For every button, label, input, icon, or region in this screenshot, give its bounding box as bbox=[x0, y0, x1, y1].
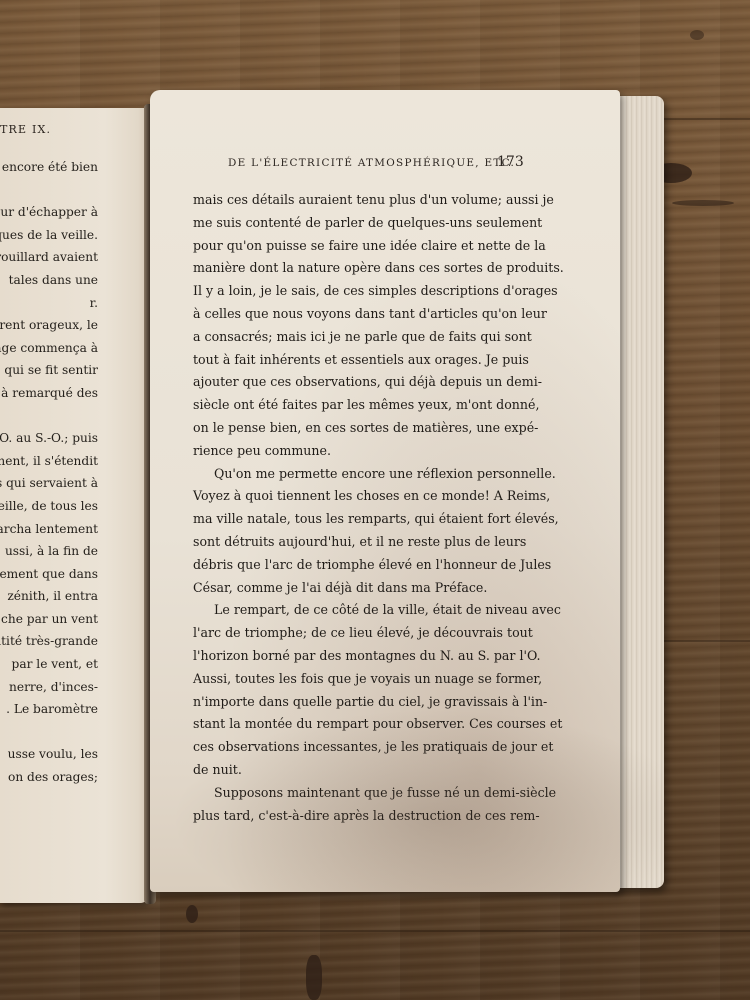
text-line: r. bbox=[0, 292, 98, 315]
text-line: a consacrés; mais ici je ne parle que de… bbox=[193, 326, 523, 349]
text-line: l'arc de triomphe; de ce lieu élevé, je … bbox=[193, 622, 523, 645]
text-line: ces observations incessantes, je les pra… bbox=[193, 736, 523, 759]
text-line: de nuit. bbox=[193, 759, 523, 782]
text-line: stant la montée du rempart pour observer… bbox=[193, 713, 523, 736]
text-line bbox=[0, 721, 98, 744]
text-line: ques de la veille. bbox=[0, 224, 98, 247]
text-line: plus tard, c'est-à-dire après la destruc… bbox=[193, 805, 523, 828]
text-line: Aussi, toutes les fois que je voyais un … bbox=[193, 668, 523, 691]
page-number: 173 bbox=[497, 154, 524, 170]
text-line: éjà remarqué des bbox=[0, 382, 98, 405]
text-line: rage commença à bbox=[0, 337, 98, 360]
text-line: Il y a loin, je le sais, de ces simples … bbox=[193, 280, 523, 303]
paragraph-start-line: Qu'on me permette encore une réflexion p… bbox=[193, 463, 523, 486]
text-line: me suis contenté de parler de quelques-u… bbox=[193, 212, 523, 235]
table-plank-seam bbox=[0, 930, 750, 932]
table-stain bbox=[186, 905, 198, 923]
text-line: tales dans une bbox=[0, 269, 98, 292]
text-line: ntité très-grande bbox=[0, 630, 98, 653]
text-line: qui se fit sentir bbox=[0, 359, 98, 382]
table-stain bbox=[690, 30, 704, 40]
text-line: n'importe dans quelle partie du ciel, je… bbox=[193, 691, 523, 714]
text-line: on le pense bien, en ces sortes de matiè… bbox=[193, 417, 523, 440]
text-line: arent orageux, le bbox=[0, 314, 98, 337]
text-line: eur d'échapper à bbox=[0, 201, 98, 224]
text-line: sement que dans bbox=[0, 563, 98, 586]
left-page: TRE IX. t encore été bien eur d'échapper… bbox=[0, 108, 150, 903]
text-line: O. au S.-O.; puis bbox=[0, 427, 98, 450]
text-line: à celles que nous voyons dans tant d'art… bbox=[193, 303, 523, 326]
text-line: zénith, il entra bbox=[0, 585, 98, 608]
text-line: t encore été bien bbox=[0, 156, 98, 179]
text-line: mais ces détails auraient tenu plus d'un… bbox=[193, 189, 523, 212]
left-page-running-head: TRE IX. bbox=[0, 123, 51, 136]
text-line: eille, de tous les bbox=[0, 495, 98, 518]
text-line: ma ville natale, tous les remparts, qui … bbox=[193, 508, 523, 531]
left-page-text: t encore été bien eur d'échapper à ques … bbox=[0, 156, 98, 789]
text-line: siècle ont été faites par les mêmes yeux… bbox=[193, 394, 523, 417]
table-stain bbox=[672, 200, 734, 206]
right-page-text: mais ces détails auraient tenu plus d'un… bbox=[193, 189, 523, 827]
text-line: sont détruits aujourd'hui, et il ne rest… bbox=[193, 531, 523, 554]
text-line: César, comme je l'ai déjà dit dans ma Pr… bbox=[193, 577, 523, 600]
text-line: tout à fait inhérents et essentiels aux … bbox=[193, 349, 523, 372]
text-line: usse voulu, les bbox=[0, 743, 98, 766]
text-line: l'horizon borné par des montagnes du N. … bbox=[193, 645, 523, 668]
text-line: Voyez à quoi tiennent les choses en ce m… bbox=[193, 485, 523, 508]
text-line bbox=[0, 179, 98, 202]
right-page: DE L'ÉLECTRICITÉ ATMOSPHÉRIQUE, ETC. 173… bbox=[150, 90, 620, 892]
text-line: . Le baromètre bbox=[0, 698, 98, 721]
text-line: rience peu commune. bbox=[193, 440, 523, 463]
text-line: ussi, à la fin de bbox=[0, 540, 98, 563]
table-stain bbox=[306, 955, 322, 1000]
text-line: manière dont la nature opère dans ces so… bbox=[193, 257, 523, 280]
paragraph-start-line: Supposons maintenant que je fusse né un … bbox=[193, 782, 523, 805]
text-line: ajouter que ces observations, qui déjà d… bbox=[193, 371, 523, 394]
text-line: narcha lentement bbox=[0, 518, 98, 541]
text-line: débris que l'arc de triomphe élevé en l'… bbox=[193, 554, 523, 577]
text-line: pour qu'on puisse se faire une idée clai… bbox=[193, 235, 523, 258]
running-head: DE L'ÉLECTRICITÉ ATMOSPHÉRIQUE, ETC. bbox=[228, 157, 518, 169]
text-line: nent, il s'étendit bbox=[0, 450, 98, 473]
text-line: rouillard avaient bbox=[0, 246, 98, 269]
text-line: s qui servaient à bbox=[0, 472, 98, 495]
text-line: par le vent, et bbox=[0, 653, 98, 676]
text-line: che par un vent bbox=[0, 608, 98, 631]
text-line bbox=[0, 405, 98, 428]
paragraph-start-line: Le rempart, de ce côté de la ville, étai… bbox=[193, 599, 523, 622]
text-line: on des orages; bbox=[0, 766, 98, 789]
text-line: nerre, d'inces- bbox=[0, 676, 98, 699]
